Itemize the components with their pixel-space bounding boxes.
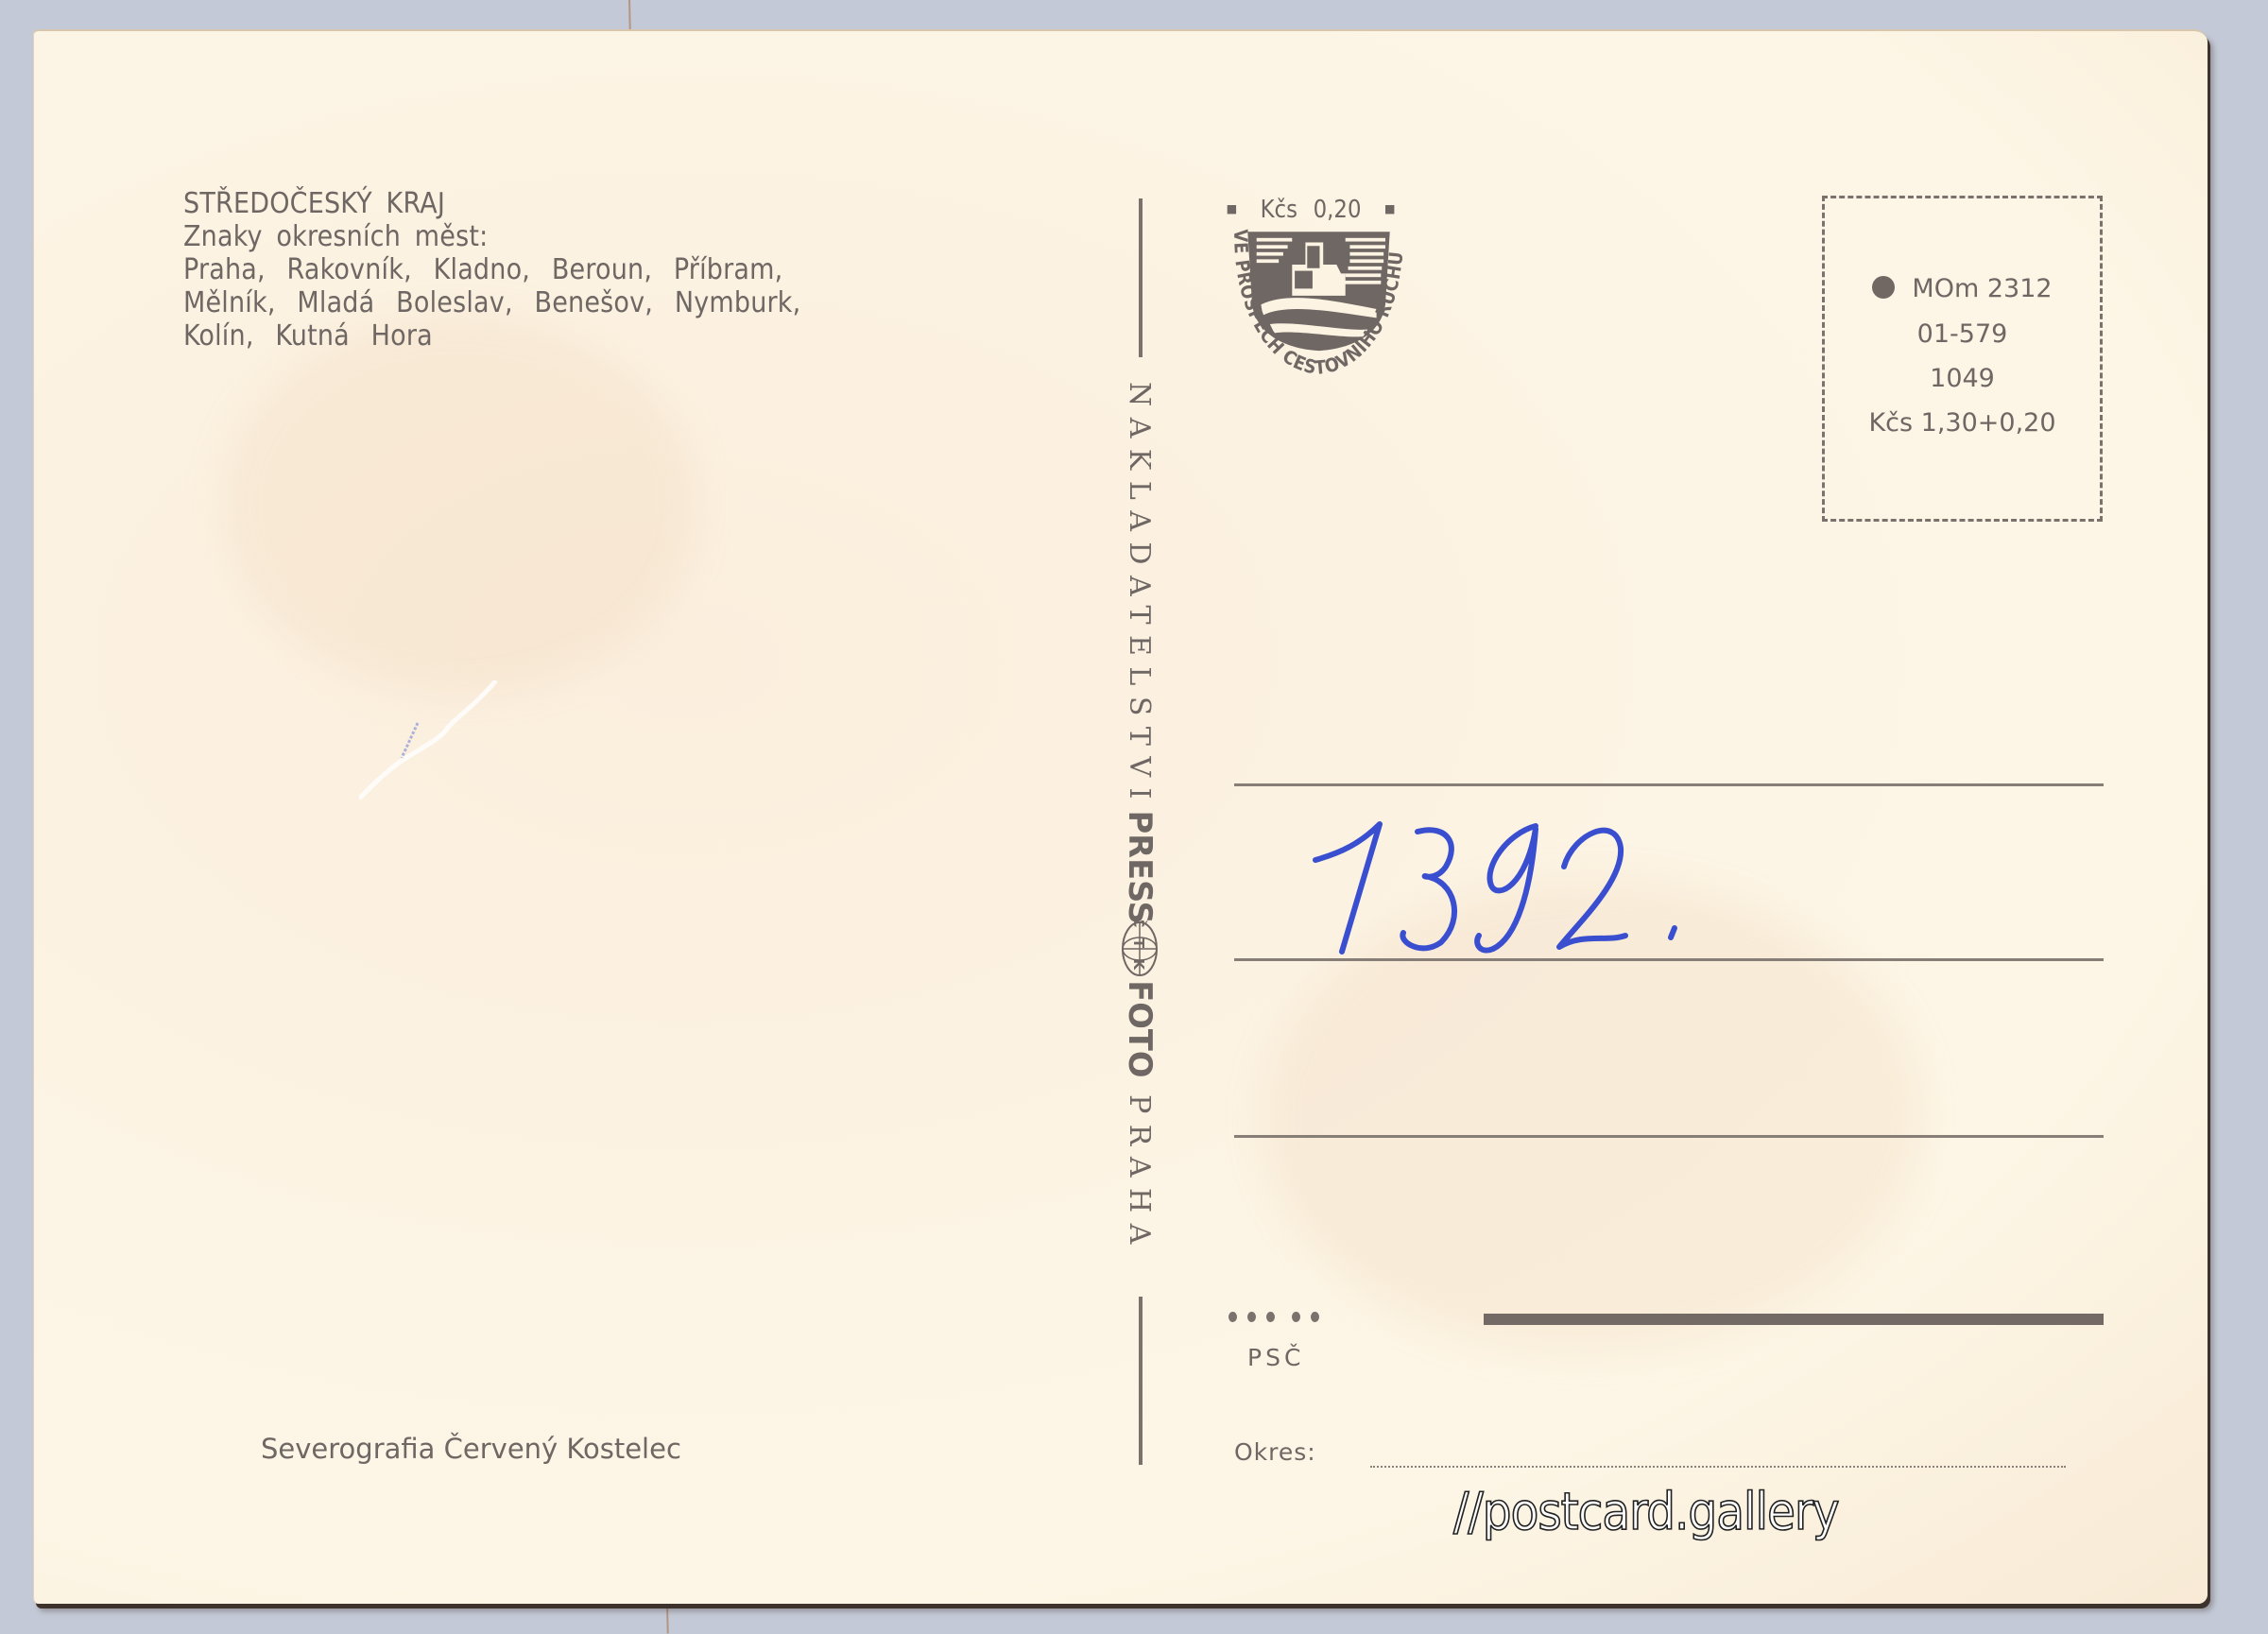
paper-tear-mark	[359, 680, 501, 803]
stamp-square-left-icon	[1228, 205, 1236, 214]
paper-stain	[223, 315, 696, 693]
center-divider-bottom	[1139, 1297, 1143, 1465]
value-box-price: Kčs 1,30+0,20	[1825, 408, 2100, 438]
value-box-serial: 01-579	[1825, 319, 2100, 349]
postcode-dot-icon	[1311, 1312, 1319, 1322]
district-dotted-line[interactable]	[1370, 1466, 2066, 1468]
center-divider-top	[1139, 198, 1143, 357]
stamp-square-right-icon	[1385, 205, 1394, 214]
caption-subtitle: Znaky okresních měst:	[183, 220, 800, 253]
publisher-press: PRESS	[1121, 810, 1159, 923]
district-label: Okres:	[1234, 1438, 1316, 1466]
publisher-city: PRAHA	[1124, 1094, 1157, 1255]
caption-block: STŘEDOČESKÝ KRAJ Znaky okresních měst: P…	[183, 187, 800, 353]
watermark-text: //postcard.gallery	[1453, 1482, 1839, 1541]
postcode-boxes[interactable]	[1228, 1312, 1330, 1322]
handwritten-number: 1392.	[1304, 815, 1739, 966]
publisher-imprint: NAKLADATELSTVI PRESS ČTK FOTO PRAHA	[1121, 382, 1159, 1280]
bullet-dot-icon	[1872, 276, 1895, 299]
postcode-dot-icon	[1292, 1312, 1300, 1322]
value-box-code-line: MOm 2312	[1825, 274, 2100, 303]
publisher-foto: FOTO	[1121, 981, 1159, 1078]
stamp-value: Kčs 0,20	[1261, 195, 1362, 223]
postcode-label: PSČ	[1247, 1344, 1304, 1371]
ctk-globe-logo-icon: ČTK	[1121, 920, 1159, 977]
city-line[interactable]	[1484, 1314, 2104, 1325]
postcode-dot-icon	[1266, 1312, 1275, 1322]
address-line-3[interactable]	[1234, 1135, 2104, 1138]
value-box-number: 1049	[1825, 364, 2100, 393]
caption-line: Praha, Rakovník, Kladno, Beroun, Příbram…	[183, 253, 800, 286]
address-line-1[interactable]	[1234, 783, 2104, 786]
caption-line: Mělník, Mladá Boleslav, Benešov, Nymburk…	[183, 286, 800, 319]
postage-value-box: MOm 2312 01-579 1049 Kčs 1,30+0,20	[1822, 196, 2103, 522]
printer-credit: Severografia Červený Kostelec	[261, 1433, 681, 1465]
caption-title: STŘEDOČESKÝ KRAJ	[183, 187, 800, 220]
postcode-dot-icon	[1247, 1312, 1256, 1322]
caption-line: Kolín, Kutná Hora	[183, 319, 800, 353]
postcode-dot-icon	[1228, 1312, 1237, 1322]
value-box-code: MOm 2312	[1912, 274, 2052, 303]
tourism-stamp-emblem: Kčs 0,20 VE PROSPĚCH CESTOVNÍHO RUCHU	[1208, 185, 1430, 388]
ctk-logo-text: ČTK	[1130, 920, 1148, 977]
publisher-name: NAKLADATELSTVI	[1124, 382, 1157, 810]
